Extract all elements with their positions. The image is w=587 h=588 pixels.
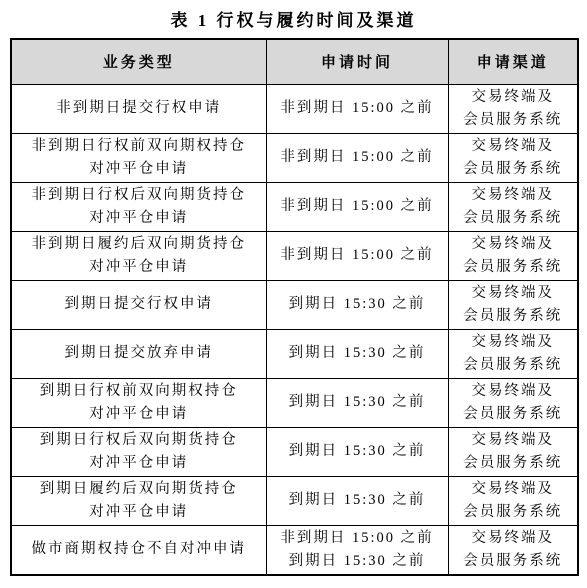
cell-text-line: 会员服务系统 bbox=[453, 501, 574, 524]
apply-time-cell: 到期日 15:30 之前 bbox=[266, 329, 448, 378]
header-business-type: 业务类型 bbox=[11, 39, 266, 84]
cell-text-line: 到期日 15:30 之前 bbox=[271, 550, 444, 573]
cell-text-line: 非到期日行权后双向期货持仓 bbox=[16, 184, 262, 207]
apply-channel-cell: 交易终端及会员服务系统 bbox=[448, 84, 578, 133]
cell-text-line: 交易终端及 bbox=[453, 429, 574, 452]
apply-channel-cell: 交易终端及会员服务系统 bbox=[448, 133, 578, 182]
cell-text-line: 非到期日提交行权申请 bbox=[16, 97, 262, 120]
cell-text-line: 交易终端及 bbox=[453, 135, 574, 158]
apply-time-cell: 非到期日 15:00 之前 bbox=[266, 231, 448, 280]
table-body: 非到期日提交行权申请非到期日 15:00 之前交易终端及会员服务系统非到期日行权… bbox=[11, 84, 578, 575]
apply-time-cell: 到期日 15:30 之前 bbox=[266, 476, 448, 525]
table-row: 非到期日履约后双向期货持仓对冲平仓申请非到期日 15:00 之前交易终端及会员服… bbox=[11, 231, 578, 280]
cell-text-line: 会员服务系统 bbox=[453, 256, 574, 279]
apply-channel-cell: 交易终端及会员服务系统 bbox=[448, 280, 578, 329]
apply-time-cell: 到期日 15:30 之前 bbox=[266, 378, 448, 427]
cell-text-line: 到期日 15:30 之前 bbox=[271, 293, 444, 316]
cell-text-line: 到期日行权前双向期权持仓 bbox=[16, 380, 262, 403]
table-row: 到期日行权前双向期权持仓对冲平仓申请到期日 15:30 之前交易终端及会员服务系… bbox=[11, 378, 578, 427]
table-row: 到期日行权后双向期货持仓对冲平仓申请到期日 15:30 之前交易终端及会员服务系… bbox=[11, 427, 578, 476]
header-row: 业务类型 申请时间 申请渠道 bbox=[11, 39, 578, 84]
cell-text-line: 非到期日 15:00 之前 bbox=[271, 195, 444, 218]
apply-time-cell: 非到期日 15:00 之前 bbox=[266, 84, 448, 133]
cell-text-line: 到期日提交行权申请 bbox=[16, 293, 262, 316]
cell-text-line: 非到期日 15:00 之前 bbox=[271, 146, 444, 169]
cell-text-line: 对冲平仓申请 bbox=[16, 501, 262, 524]
business-type-cell: 非到期日行权前双向期权持仓对冲平仓申请 bbox=[11, 133, 266, 182]
cell-text-line: 对冲平仓申请 bbox=[16, 207, 262, 230]
table-row: 非到期日行权后双向期货持仓对冲平仓申请非到期日 15:00 之前交易终端及会员服… bbox=[11, 182, 578, 231]
cell-text-line: 交易终端及 bbox=[453, 380, 574, 403]
table-row: 非到期日提交行权申请非到期日 15:00 之前交易终端及会员服务系统 bbox=[11, 84, 578, 133]
cell-text-line: 会员服务系统 bbox=[453, 354, 574, 377]
business-type-cell: 到期日行权前双向期权持仓对冲平仓申请 bbox=[11, 378, 266, 427]
apply-time-cell: 非到期日 15:00 之前 bbox=[266, 133, 448, 182]
cell-text-line: 到期日行权后双向期货持仓 bbox=[16, 429, 262, 452]
cell-text-line: 会员服务系统 bbox=[453, 403, 574, 426]
apply-time-cell: 到期日 15:30 之前 bbox=[266, 280, 448, 329]
cell-text-line: 非到期日 15:00 之前 bbox=[271, 97, 444, 120]
table-title: 表 1 行权与履约时间及渠道 bbox=[0, 0, 587, 31]
cell-text-line: 非到期日 15:00 之前 bbox=[271, 244, 444, 267]
header-apply-time: 申请时间 bbox=[266, 39, 448, 84]
cell-text-line: 到期日 15:30 之前 bbox=[271, 391, 444, 414]
cell-text-line: 到期日 15:30 之前 bbox=[271, 440, 444, 463]
cell-text-line: 会员服务系统 bbox=[453, 109, 574, 132]
cell-text-line: 会员服务系统 bbox=[453, 305, 574, 328]
table-row: 到期日履约后双向期货持仓对冲平仓申请到期日 15:30 之前交易终端及会员服务系… bbox=[11, 476, 578, 525]
cell-text-line: 对冲平仓申请 bbox=[16, 256, 262, 279]
apply-channel-cell: 交易终端及会员服务系统 bbox=[448, 378, 578, 427]
business-type-cell: 非到期日履约后双向期货持仓对冲平仓申请 bbox=[11, 231, 266, 280]
apply-channel-cell: 交易终端及会员服务系统 bbox=[448, 476, 578, 525]
apply-channel-cell: 交易终端及会员服务系统 bbox=[448, 182, 578, 231]
business-type-cell: 非到期日提交行权申请 bbox=[11, 84, 266, 133]
table-row: 非到期日行权前双向期权持仓对冲平仓申请非到期日 15:00 之前交易终端及会员服… bbox=[11, 133, 578, 182]
cell-text-line: 会员服务系统 bbox=[453, 207, 574, 230]
business-type-cell: 到期日提交放弃申请 bbox=[11, 329, 266, 378]
cell-text-line: 交易终端及 bbox=[453, 184, 574, 207]
cell-text-line: 到期日提交放弃申请 bbox=[16, 342, 262, 365]
cell-text-line: 非到期日 15:00 之前 bbox=[271, 527, 444, 550]
apply-channel-cell: 交易终端及会员服务系统 bbox=[448, 329, 578, 378]
business-type-cell: 非到期日行权后双向期货持仓对冲平仓申请 bbox=[11, 182, 266, 231]
table-row: 到期日提交行权申请到期日 15:30 之前交易终端及会员服务系统 bbox=[11, 280, 578, 329]
cell-text-line: 对冲平仓申请 bbox=[16, 403, 262, 426]
cell-text-line: 非到期日行权前双向期权持仓 bbox=[16, 135, 262, 158]
cell-text-line: 交易终端及 bbox=[453, 478, 574, 501]
cell-text-line: 对冲平仓申请 bbox=[16, 452, 262, 475]
cell-text-line: 非到期日履约后双向期货持仓 bbox=[16, 233, 262, 256]
apply-channel-cell: 交易终端及会员服务系统 bbox=[448, 231, 578, 280]
apply-time-cell: 非到期日 15:00 之前到期日 15:30 之前 bbox=[266, 525, 448, 575]
cell-text-line: 会员服务系统 bbox=[453, 452, 574, 475]
cell-text-line: 做市商期权持仓不自对冲申请 bbox=[16, 538, 262, 561]
apply-channel-cell: 交易终端及会员服务系统 bbox=[448, 427, 578, 476]
cell-text-line: 到期日 15:30 之前 bbox=[271, 342, 444, 365]
business-type-cell: 做市商期权持仓不自对冲申请 bbox=[11, 525, 266, 575]
business-type-cell: 到期日履约后双向期货持仓对冲平仓申请 bbox=[11, 476, 266, 525]
exercise-performance-table: 业务类型 申请时间 申请渠道 非到期日提交行权申请非到期日 15:00 之前交易… bbox=[10, 38, 579, 576]
apply-time-cell: 到期日 15:30 之前 bbox=[266, 427, 448, 476]
table-row: 做市商期权持仓不自对冲申请非到期日 15:00 之前到期日 15:30 之前交易… bbox=[11, 525, 578, 575]
cell-text-line: 交易终端及 bbox=[453, 331, 574, 354]
cell-text-line: 会员服务系统 bbox=[453, 158, 574, 181]
cell-text-line: 交易终端及 bbox=[453, 527, 574, 550]
cell-text-line: 到期日 15:30 之前 bbox=[271, 489, 444, 512]
header-apply-channel: 申请渠道 bbox=[448, 39, 578, 84]
apply-time-cell: 非到期日 15:00 之前 bbox=[266, 182, 448, 231]
cell-text-line: 对冲平仓申请 bbox=[16, 158, 262, 181]
cell-text-line: 交易终端及 bbox=[453, 86, 574, 109]
table-row: 到期日提交放弃申请到期日 15:30 之前交易终端及会员服务系统 bbox=[11, 329, 578, 378]
cell-text-line: 会员服务系统 bbox=[453, 550, 574, 573]
business-type-cell: 到期日行权后双向期货持仓对冲平仓申请 bbox=[11, 427, 266, 476]
document-page: 表 1 行权与履约时间及渠道 业务类型 申请时间 申请渠道 非到期日提交行权申请… bbox=[0, 0, 587, 588]
apply-channel-cell: 交易终端及会员服务系统 bbox=[448, 525, 578, 575]
business-type-cell: 到期日提交行权申请 bbox=[11, 280, 266, 329]
cell-text-line: 交易终端及 bbox=[453, 282, 574, 305]
cell-text-line: 到期日履约后双向期货持仓 bbox=[16, 478, 262, 501]
cell-text-line: 交易终端及 bbox=[453, 233, 574, 256]
